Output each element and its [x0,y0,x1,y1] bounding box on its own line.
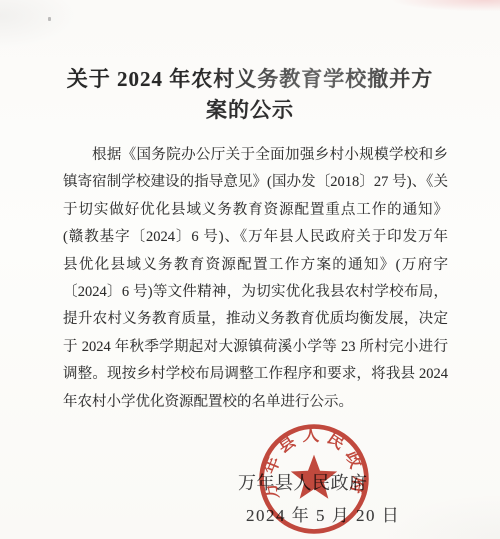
body-line: 调整。现按乡村学校布局调整工作程序和要求，将我县 2024 [63,361,448,388]
body-line: 县优化县域义务教育资源配置工作方案的通知》(万府字 [63,252,448,279]
official-seal: 万年县人民政府 [256,421,372,537]
body-line: 提升农村义务教育质量，推动义务教育优质均衡发展，决定 [63,306,448,333]
title-line-1: 关于 2024 年农村义务教育学校撤并方 [0,64,500,95]
body-line: 于 2024 年秋季学期起对大源镇荷溪小学等 23 所村完小进行 [63,334,448,361]
body-line: (赣教基字〔2024〕6 号)、《万年县人民政府关于印发万年 [63,224,448,251]
body-line: 于切实做好优化县域义务教育资源配置重点工作的通知》 [63,197,448,224]
paper-speck [48,17,51,21]
body-line: 根据《国务院办公厅关于全面加强乡村小规模学校和乡 [63,142,448,169]
document-page: 关于 2024 年农村义务教育学校撤并方 案的公示 根据《国务院办公厅关于全面加… [0,0,500,539]
title-line-2: 案的公示 [0,95,500,126]
body-line: 镇寄宿制学校建设的指导意见》(国办发〔2018〕27 号)、《关 [63,169,448,196]
document-title: 关于 2024 年农村义务教育学校撤并方 案的公示 [0,64,500,126]
seal-star-icon [291,455,337,499]
notice-body: 根据《国务院办公厅关于全面加强乡村小规模学校和乡 镇寄宿制学校建设的指导意见》(… [63,142,448,416]
body-line: 年农村小学优化资源配置校的名单进行公示。 [63,389,448,416]
body-line: 〔2024〕6 号)等文件精神，为切实优化我县农村学校布局， [63,279,448,306]
